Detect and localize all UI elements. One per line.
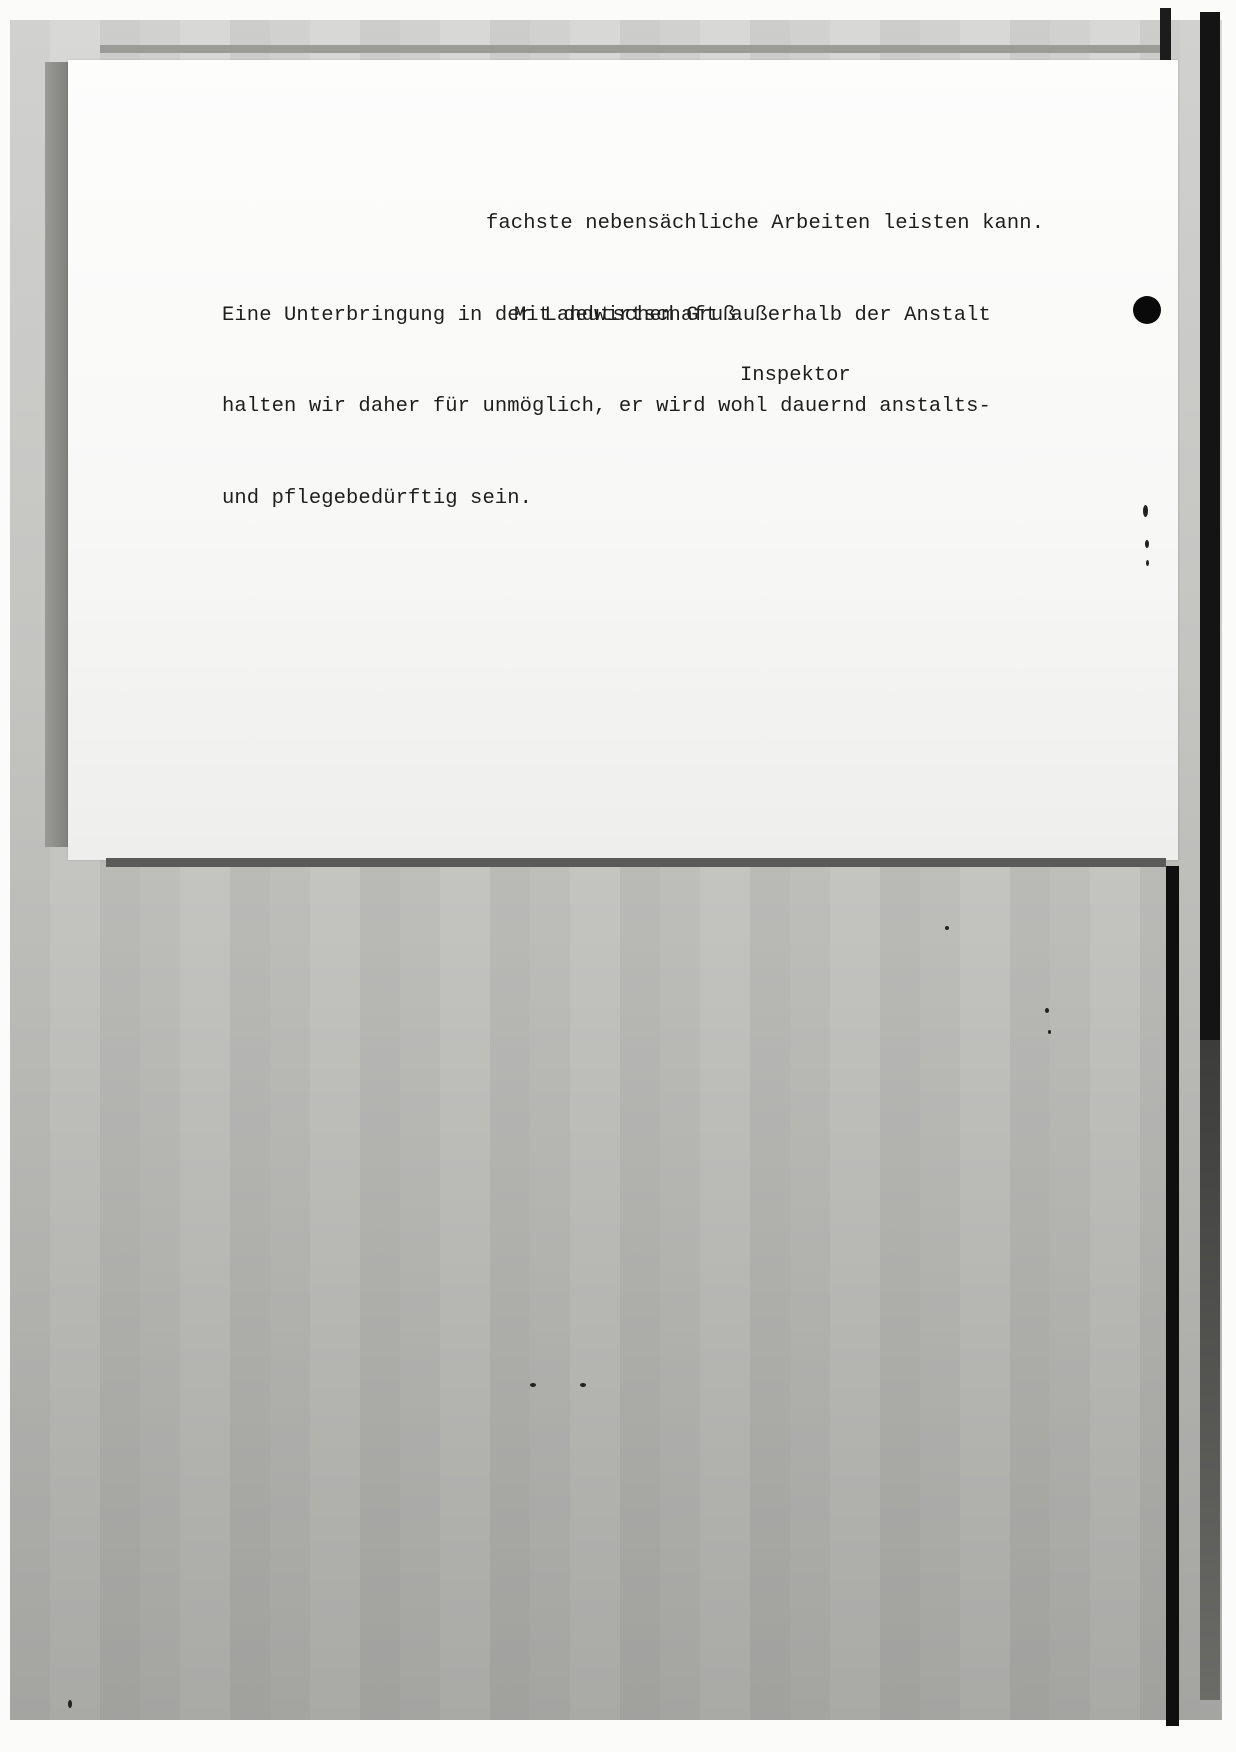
closing-salutation: Mit deutschem Gruß (514, 304, 735, 327)
dust-speck (1048, 1030, 1051, 1034)
top-paper-edge (100, 45, 1160, 53)
dust-speck (580, 1383, 586, 1387)
sheet-bottom-edge (106, 858, 1166, 867)
dust-speck (945, 926, 949, 930)
body-line: halten wir daher für unmöglich, er wird … (222, 392, 1122, 423)
body-line: und pflegebedürftig sein. (222, 484, 1122, 515)
scan-bottom-margin (0, 1725, 1236, 1752)
right-binding-edge (1200, 12, 1220, 1042)
body-line: fachste nebensächliche Arbeiten leisten … (222, 209, 1122, 240)
dust-speck (1045, 1008, 1049, 1013)
dust-speck (530, 1383, 536, 1387)
signature-title: Inspektor (740, 364, 851, 387)
left-paper-shadow (45, 62, 69, 847)
punch-hole-icon (1133, 296, 1161, 324)
top-right-mark (1160, 8, 1171, 60)
dust-speck (68, 1700, 72, 1708)
dust-speck (1146, 560, 1149, 566)
letter-body: fachste nebensächliche Arbeiten leisten … (222, 148, 1122, 545)
dust-speck (1145, 540, 1149, 548)
dust-speck (1143, 505, 1148, 517)
right-binding-edge-lower (1200, 1040, 1220, 1700)
inner-binding-edge (1166, 866, 1179, 1726)
